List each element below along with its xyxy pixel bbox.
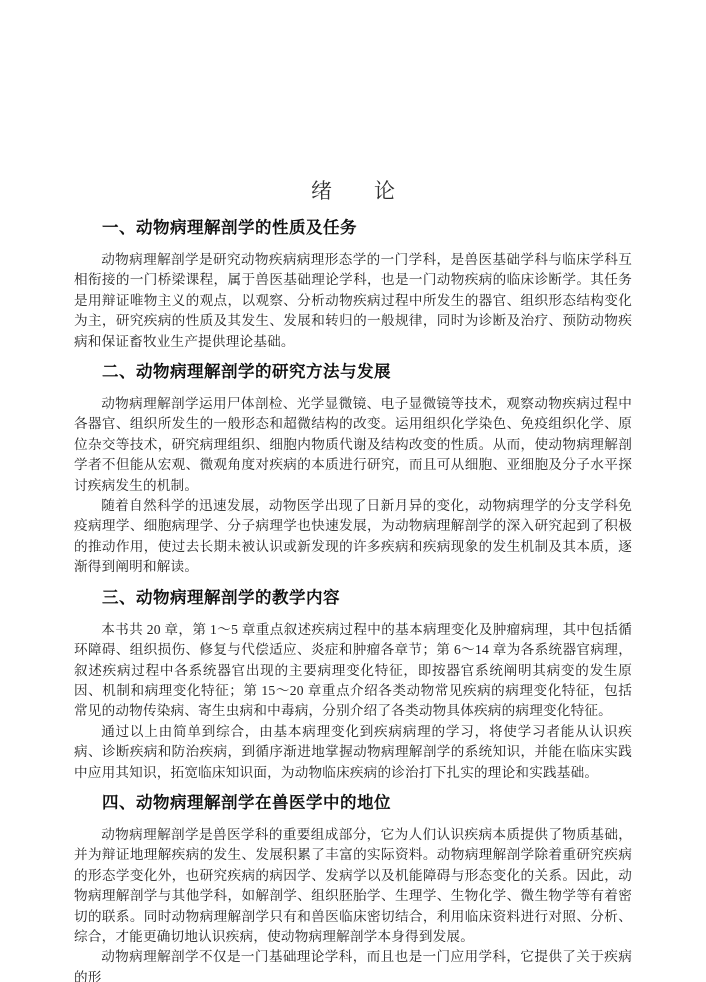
section-research-methods: 二、动物病理解剖学的研究方法与发展 动物病理解剖学运用尸体剖检、光学显微镜、电子… <box>74 360 632 578</box>
paragraph: 动物病理解剖学是研究动物疾病病理形态学的一门学科，是兽医基础学科与临床学科互相衔… <box>74 250 632 352</box>
section-heading-teaching-content: 三、动物病理解剖学的教学内容 <box>74 586 632 610</box>
paragraph: 动物病理解剖学不仅是一门基础理论学科，而且也是一门应用学科，它提供了关于疾病的形 <box>74 947 632 982</box>
paragraph: 动物病理解剖学运用尸体剖检、光学显微镜、电子显微镜等技术，观察动物疾病过程中各器… <box>74 394 632 496</box>
page-title: 绪 论 <box>74 176 632 206</box>
section-nature-and-tasks: 一、动物病理解剖学的性质及任务 动物病理解剖学是研究动物疾病病理形态学的一门学科… <box>74 216 632 352</box>
paragraph: 通过以上由简单到综合，由基本病理变化到疾病病理的学习，将使学习者能从认识疾病、诊… <box>74 722 632 783</box>
section-position-in-veterinary-medicine: 四、动物病理解剖学在兽医学中的地位 动物病理解剖学是兽医学科的重要组成部分，它为… <box>74 791 632 982</box>
section-heading-research-methods: 二、动物病理解剖学的研究方法与发展 <box>74 360 632 384</box>
document-page: 绪 论 一、动物病理解剖学的性质及任务 动物病理解剖学是研究动物疾病病理形态学的… <box>0 0 706 982</box>
paragraph: 本书共 20 章，第 1～5 章重点叙述疾病过程中的基本病理变化及肿瘤病理，其中… <box>74 620 632 722</box>
paragraph: 随着自然科学的迅速发展，动物医学出现了日新月异的变化，动物病理学的分支学科免疫病… <box>74 496 632 578</box>
section-heading-position-in-veterinary-medicine: 四、动物病理解剖学在兽医学中的地位 <box>74 791 632 815</box>
paragraph: 动物病理解剖学是兽医学科的重要组成部分，它为人们认识疾病本质提供了物质基础，并为… <box>74 825 632 947</box>
section-teaching-content: 三、动物病理解剖学的教学内容 本书共 20 章，第 1～5 章重点叙述疾病过程中… <box>74 586 632 783</box>
section-heading-nature-and-tasks: 一、动物病理解剖学的性质及任务 <box>74 216 632 240</box>
